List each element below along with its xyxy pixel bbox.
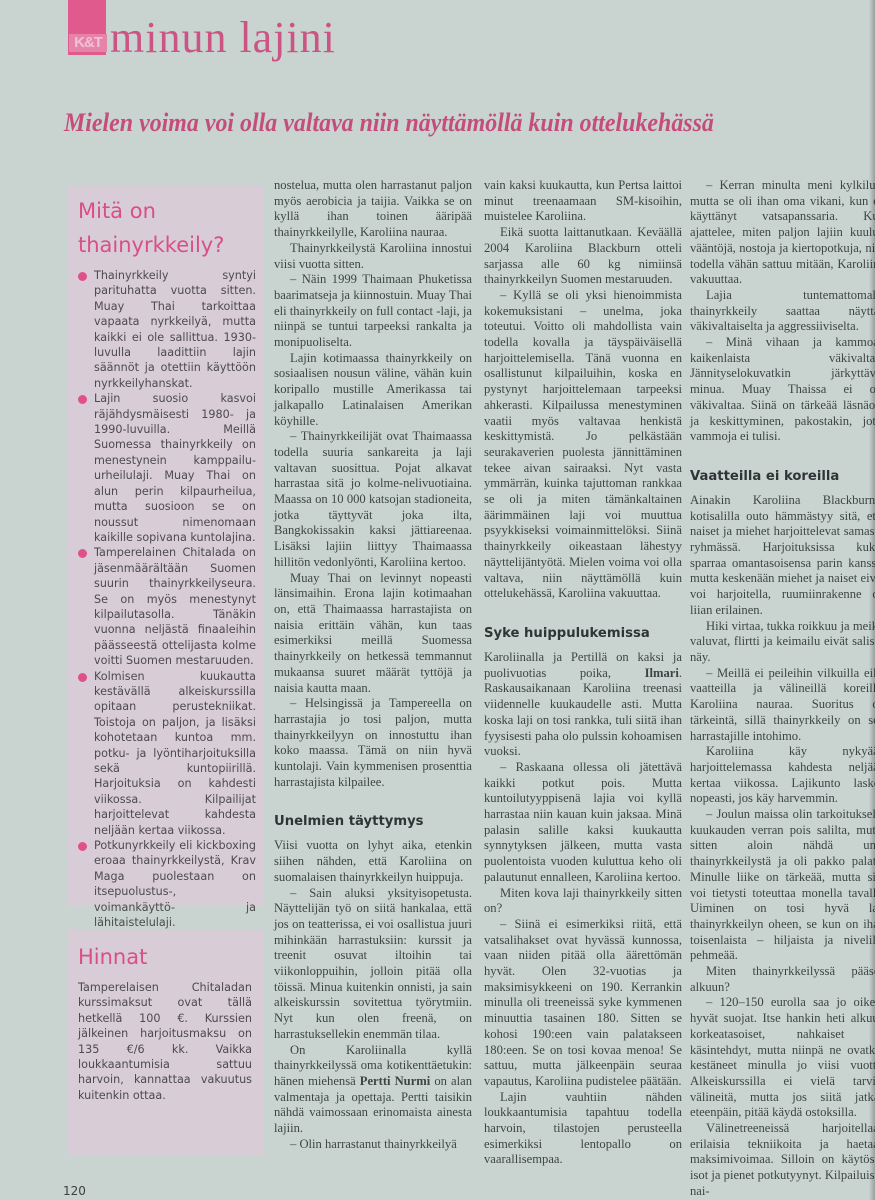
- prices-sidebar: Hinnat Tamperelaisen Chitaladan kurssima…: [68, 930, 264, 1155]
- info-sidebar: Mitä on thainyrkkeily? Thainyrkkeily syn…: [68, 186, 264, 906]
- paragraph: Ainakin Karoliina Blackburnin kotisalill…: [690, 493, 875, 619]
- paragraph: – Näin 1999 Thaimaan Phuketissa baarimat…: [274, 272, 472, 351]
- paragraph: On Karoliinalla kyllä thainyrkkeilyssä o…: [274, 1043, 472, 1137]
- page-number: 120: [63, 1184, 86, 1198]
- subheading: Vaatteilla ei koreilla: [690, 469, 875, 485]
- section-title: minun lajini: [110, 12, 336, 63]
- paragraph: Karoliinalla ja Pertillä on kaksi ja puo…: [484, 650, 682, 760]
- person-name: Pertti Nurmi: [360, 1074, 431, 1088]
- info-bullet: Lajin suosio kasvoi räjähdysmäisesti 198…: [78, 391, 264, 545]
- paragraph: – Joulun maissa olin tarkoituksella kuuk…: [690, 807, 875, 964]
- paragraph: – 120–150 eurolla saa jo oikein hyvät su…: [690, 995, 875, 1121]
- info-bullet: Tamperelainen Chitalada on jäsenmäärältä…: [78, 545, 264, 668]
- paragraph: Lajin vauhtiin nähden loukkaantumisia ta…: [484, 1090, 682, 1169]
- paragraph: Muay Thai on levinnyt nopeasti länsimaih…: [274, 571, 472, 697]
- paragraph: Karoliina käy nykyään harjoittelemassa k…: [690, 744, 875, 807]
- prices-sidebar-title: Hinnat: [78, 930, 264, 974]
- bullet-dot-icon: [78, 549, 87, 558]
- paragraph: – Meillä ei peileihin vilkuilla eikä vaa…: [690, 666, 875, 745]
- article-column-1: nostelua, mutta olen harrastanut paljon …: [274, 178, 472, 1152]
- paragraph: – Olin harrastanut thainyrkkeilyä: [274, 1137, 472, 1153]
- info-bullet: Thainyrkkeily syntyi parituhatta vuotta …: [78, 268, 264, 391]
- bullet-dot-icon: [78, 395, 87, 404]
- person-name: Ilmari: [645, 666, 679, 680]
- paragraph: – Kyllä se oli yksi hienoimmista kokemuk…: [484, 288, 682, 602]
- paragraph: Viisi vuotta on lyhyt aika, etenkin siih…: [274, 838, 472, 885]
- paragraph: – Siinä ei esimerkiksi riitä, että vatsa…: [484, 917, 682, 1090]
- paragraph: Lajia tuntemattomalle thainyrkkeily saat…: [690, 288, 875, 335]
- paragraph: Välinetreeneissä harjoitellaan erilaisia…: [690, 1121, 875, 1200]
- paragraph: Miten kova laji thainyrkkeily sitten on?: [484, 886, 682, 917]
- paragraph: Miten thainyrkkeilyssä pääsee alkuun?: [690, 964, 875, 995]
- paragraph: – Sain aluksi yksityisopetusta. Näytteli…: [274, 886, 472, 1043]
- prices-sidebar-body: Tamperelaisen Chitaladan kurssimaksut ov…: [78, 980, 264, 1103]
- info-bullet: Potkunyrkkeily eli kickboxing eroaa thai…: [78, 838, 264, 930]
- paragraph: – Thainyrkkeilijät ovat Thaimaassa todel…: [274, 429, 472, 570]
- paragraph: vain kaksi kuukautta, kun Pertsa laittoi…: [484, 178, 682, 225]
- info-sidebar-title: Mitä on thainyrkkeily?: [78, 186, 248, 262]
- article-headline: Mielen voima voi olla valtava niin näytt…: [64, 108, 714, 138]
- paragraph: – Kerran minulta meni kylkiluu, mutta se…: [690, 178, 875, 288]
- paragraph: – Helsingissä ja Tampereella on harrasta…: [274, 696, 472, 790]
- info-bullet: Kolmisen kuukautta kestävällä alkeiskurs…: [78, 669, 264, 838]
- article-column-2: vain kaksi kuukautta, kun Pertsa laittoi…: [484, 178, 682, 1168]
- paragraph: Thainyrkkeilystä Karoliina innostui viis…: [274, 241, 472, 272]
- paragraph: Hiki virtaa, tukka roikkuu ja meikit val…: [690, 619, 875, 666]
- magazine-page: K&T minun lajini Mielen voima voi olla v…: [0, 0, 875, 1200]
- bullet-dot-icon: [78, 673, 87, 682]
- info-bullet-list: Thainyrkkeily syntyi parituhatta vuotta …: [78, 268, 264, 930]
- brand-logo: K&T: [69, 34, 107, 52]
- bullet-dot-icon: [78, 842, 87, 851]
- page-gutter-shadow: [869, 0, 875, 1200]
- subheading: Syke huippulukemissa: [484, 626, 682, 642]
- article-column-3: – Kerran minulta meni kylkiluu, mutta se…: [690, 178, 875, 1200]
- paragraph: – Minä vihaan ja kammoan kaikenlaista vä…: [690, 335, 875, 445]
- paragraph: nostelua, mutta olen harrastanut paljon …: [274, 178, 472, 241]
- bullet-dot-icon: [78, 272, 87, 281]
- paragraph: – Raskaana ollessa oli jätettävä kaikki …: [484, 760, 682, 886]
- paragraph: Lajin kotimaassa thainyrkkeily on sosiaa…: [274, 351, 472, 430]
- paragraph: Eikä suotta laittanutkaan. Keväällä 2004…: [484, 225, 682, 288]
- subheading: Unelmien täyttymys: [274, 814, 472, 830]
